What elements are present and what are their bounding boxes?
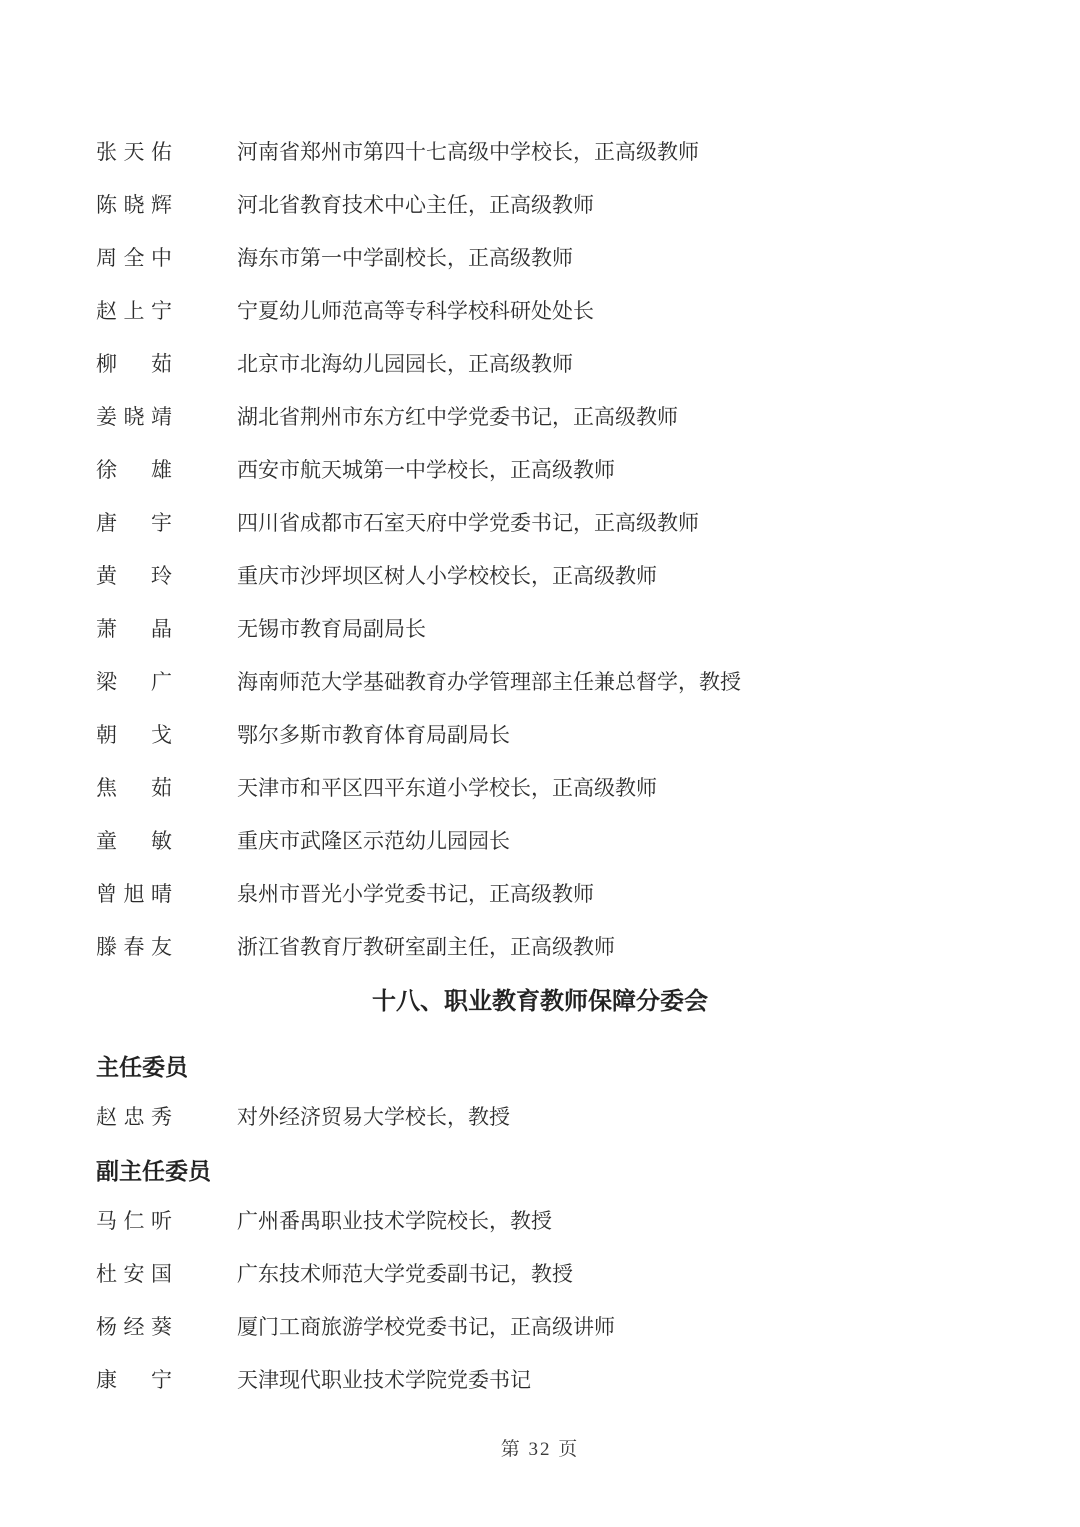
member-desc: 宁夏幼儿师范高等专科学校科研处处长: [237, 300, 594, 322]
member-desc: 天津市和平区四平东道小学校长，正高级教师: [237, 777, 657, 799]
section-heading: 十八、职业教育教师保障分委会: [0, 989, 1080, 1015]
member-row: 梁广 海南师范大学基础教育办学管理部主任兼总督学，教授: [96, 671, 1080, 693]
member-name: 梁广: [96, 671, 172, 693]
member-desc: 广州番禺职业技术学院校长，教授: [237, 1210, 552, 1232]
member-row: 杜安国 广东技术师范大学党委副书记，教授: [96, 1263, 1080, 1285]
member-desc: 河南省郑州市第四十七高级中学校长，正高级教师: [237, 141, 699, 163]
member-row: 马仁听 广州番禺职业技术学院校长，教授: [96, 1210, 1080, 1232]
member-desc: 浙江省教育厅教研室副主任，正高级教师: [237, 936, 615, 958]
member-desc: 对外经济贸易大学校长，教授: [237, 1106, 510, 1128]
member-desc: 鄂尔多斯市教育体育局副局长: [237, 724, 510, 746]
member-row: 滕春友 浙江省教育厅教研室副主任，正高级教师: [96, 936, 1080, 958]
member-row: 焦茹 天津市和平区四平东道小学校长，正高级教师: [96, 777, 1080, 799]
member-name: 黄玲: [96, 565, 172, 587]
member-name: 康宁: [96, 1369, 172, 1391]
member-desc: 四川省成都市石室天府中学党委书记，正高级教师: [237, 512, 699, 534]
member-row: 黄玲 重庆市沙坪坝区树人小学校校长，正高级教师: [96, 565, 1080, 587]
member-name: 柳茹: [96, 353, 172, 375]
chair-label: 主任委员: [96, 1055, 1080, 1079]
member-desc: 湖北省荆州市东方红中学党委书记，正高级教师: [237, 406, 678, 428]
member-row: 朝戈 鄂尔多斯市教育体育局副局长: [96, 724, 1080, 746]
member-desc: 广东技术师范大学党委副书记，教授: [237, 1263, 573, 1285]
member-name: 姜晓靖: [96, 406, 172, 428]
member-name: 赵忠秀: [96, 1106, 172, 1128]
member-desc: 海东市第一中学副校长，正高级教师: [237, 247, 573, 269]
member-name: 萧晶: [96, 618, 172, 640]
member-name: 张天佑: [96, 141, 172, 163]
member-row: 姜晓靖 湖北省荆州市东方红中学党委书记，正高级教师: [96, 406, 1080, 428]
member-row: 陈晓辉 河北省教育技术中心主任，正高级教师: [96, 194, 1080, 216]
member-desc: 海南师范大学基础教育办学管理部主任兼总督学，教授: [237, 671, 741, 693]
document-page: 张天佑 河南省郑州市第四十七高级中学校长，正高级教师 陈晓辉 河北省教育技术中心…: [0, 0, 1080, 1527]
member-row: 萧晶 无锡市教育局副局长: [96, 618, 1080, 640]
member-row: 唐宇 四川省成都市石室天府中学党委书记，正高级教师: [96, 512, 1080, 534]
member-name: 童敏: [96, 830, 172, 852]
member-row: 康宁 天津现代职业技术学院党委书记: [96, 1369, 1080, 1391]
member-desc: 西安市航天城第一中学校长，正高级教师: [237, 459, 615, 481]
member-name: 唐宇: [96, 512, 172, 534]
member-desc: 厦门工商旅游学校党委书记，正高级讲师: [237, 1316, 615, 1338]
member-name: 周全中: [96, 247, 172, 269]
page-number: 第 32 页: [0, 1439, 1080, 1461]
member-name: 徐雄: [96, 459, 172, 481]
member-row: 杨经葵 厦门工商旅游学校党委书记，正高级讲师: [96, 1316, 1080, 1338]
member-desc: 北京市北海幼儿园园长，正高级教师: [237, 353, 573, 375]
member-row: 曾旭晴 泉州市晋光小学党委书记，正高级教师: [96, 883, 1080, 905]
member-name: 滕春友: [96, 936, 172, 958]
member-desc: 河北省教育技术中心主任，正高级教师: [237, 194, 594, 216]
member-desc: 无锡市教育局副局长: [237, 618, 426, 640]
member-name: 杜安国: [96, 1263, 172, 1285]
member-desc: 泉州市晋光小学党委书记，正高级教师: [237, 883, 594, 905]
member-row: 徐雄 西安市航天城第一中学校长，正高级教师: [96, 459, 1080, 481]
member-row: 童敏 重庆市武隆区示范幼儿园园长: [96, 830, 1080, 852]
member-desc: 天津现代职业技术学院党委书记: [237, 1369, 531, 1391]
member-row: 周全中 海东市第一中学副校长，正高级教师: [96, 247, 1080, 269]
member-row: 柳茹 北京市北海幼儿园园长，正高级教师: [96, 353, 1080, 375]
member-name: 赵上宁: [96, 300, 172, 322]
member-row: 张天佑 河南省郑州市第四十七高级中学校长，正高级教师: [96, 141, 1080, 163]
member-row: 赵上宁 宁夏幼儿师范高等专科学校科研处处长: [96, 300, 1080, 322]
member-name: 马仁听: [96, 1210, 172, 1232]
member-desc: 重庆市沙坪坝区树人小学校校长，正高级教师: [237, 565, 657, 587]
member-desc: 重庆市武隆区示范幼儿园园长: [237, 830, 510, 852]
member-list: 张天佑 河南省郑州市第四十七高级中学校长，正高级教师 陈晓辉 河北省教育技术中心…: [0, 0, 1080, 958]
member-name: 陈晓辉: [96, 194, 172, 216]
member-name: 焦茹: [96, 777, 172, 799]
member-name: 朝戈: [96, 724, 172, 746]
vice-chair-label: 副主任委员: [96, 1159, 1080, 1183]
member-name: 杨经葵: [96, 1316, 172, 1338]
member-name: 曾旭晴: [96, 883, 172, 905]
member-row: 赵忠秀 对外经济贸易大学校长，教授: [96, 1106, 1080, 1128]
